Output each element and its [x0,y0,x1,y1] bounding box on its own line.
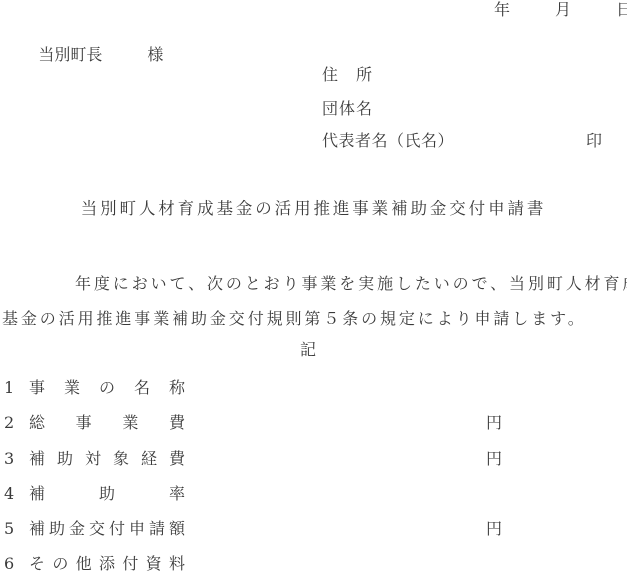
item-label: 総事業費 [29,414,185,432]
body-paragraph-line-1: 年度において、次のとおり事業を実施したいので、当別町人材育成 [75,275,627,293]
item-label: 補助金交付申請額 [29,520,185,538]
organization-label: 団体名 [322,100,373,118]
seal-mark: 印 [586,132,602,150]
date-day-label: 日 [616,1,627,19]
item-label: その他添付資料 [29,555,185,571]
item-number: 2 [4,414,14,432]
document-title: 当別町人材育成基金の活用推進事業補助金交付申請書 [0,200,627,219]
item-label: 事業の名称 [29,379,185,397]
item-number: 1 [4,379,14,397]
item-label: 補助対象経費 [29,450,185,468]
date-year-label: 年 [494,1,510,19]
body-paragraph-line-2: 基金の活用推進事業補助金交付規則第５条の規定により申請します。 [2,310,587,328]
addressee-honorific: 様 [147,45,163,64]
item-number: 5 [4,520,14,538]
addressee-name: 当別町長 [38,45,102,64]
item-unit-yen: 円 [486,450,502,468]
item-label: 補助率 [29,485,185,503]
date-month-label: 月 [555,1,571,19]
item-number: 3 [4,450,14,468]
representative-label: 代表者名（氏名） [322,132,454,150]
item-number: 6 [4,555,14,571]
application-form-document: 年 月 日 当別町長様 住 所 団体名 代表者名（氏名） 印 当別町人材育成基金… [0,0,627,571]
item-number: 4 [4,485,14,503]
address-label: 住 所 [322,66,373,84]
item-unit-yen: 円 [486,414,502,432]
item-unit-yen: 円 [486,520,502,538]
addressee-line: 当別町長様 [18,28,163,83]
record-marker: 記 [0,341,616,359]
